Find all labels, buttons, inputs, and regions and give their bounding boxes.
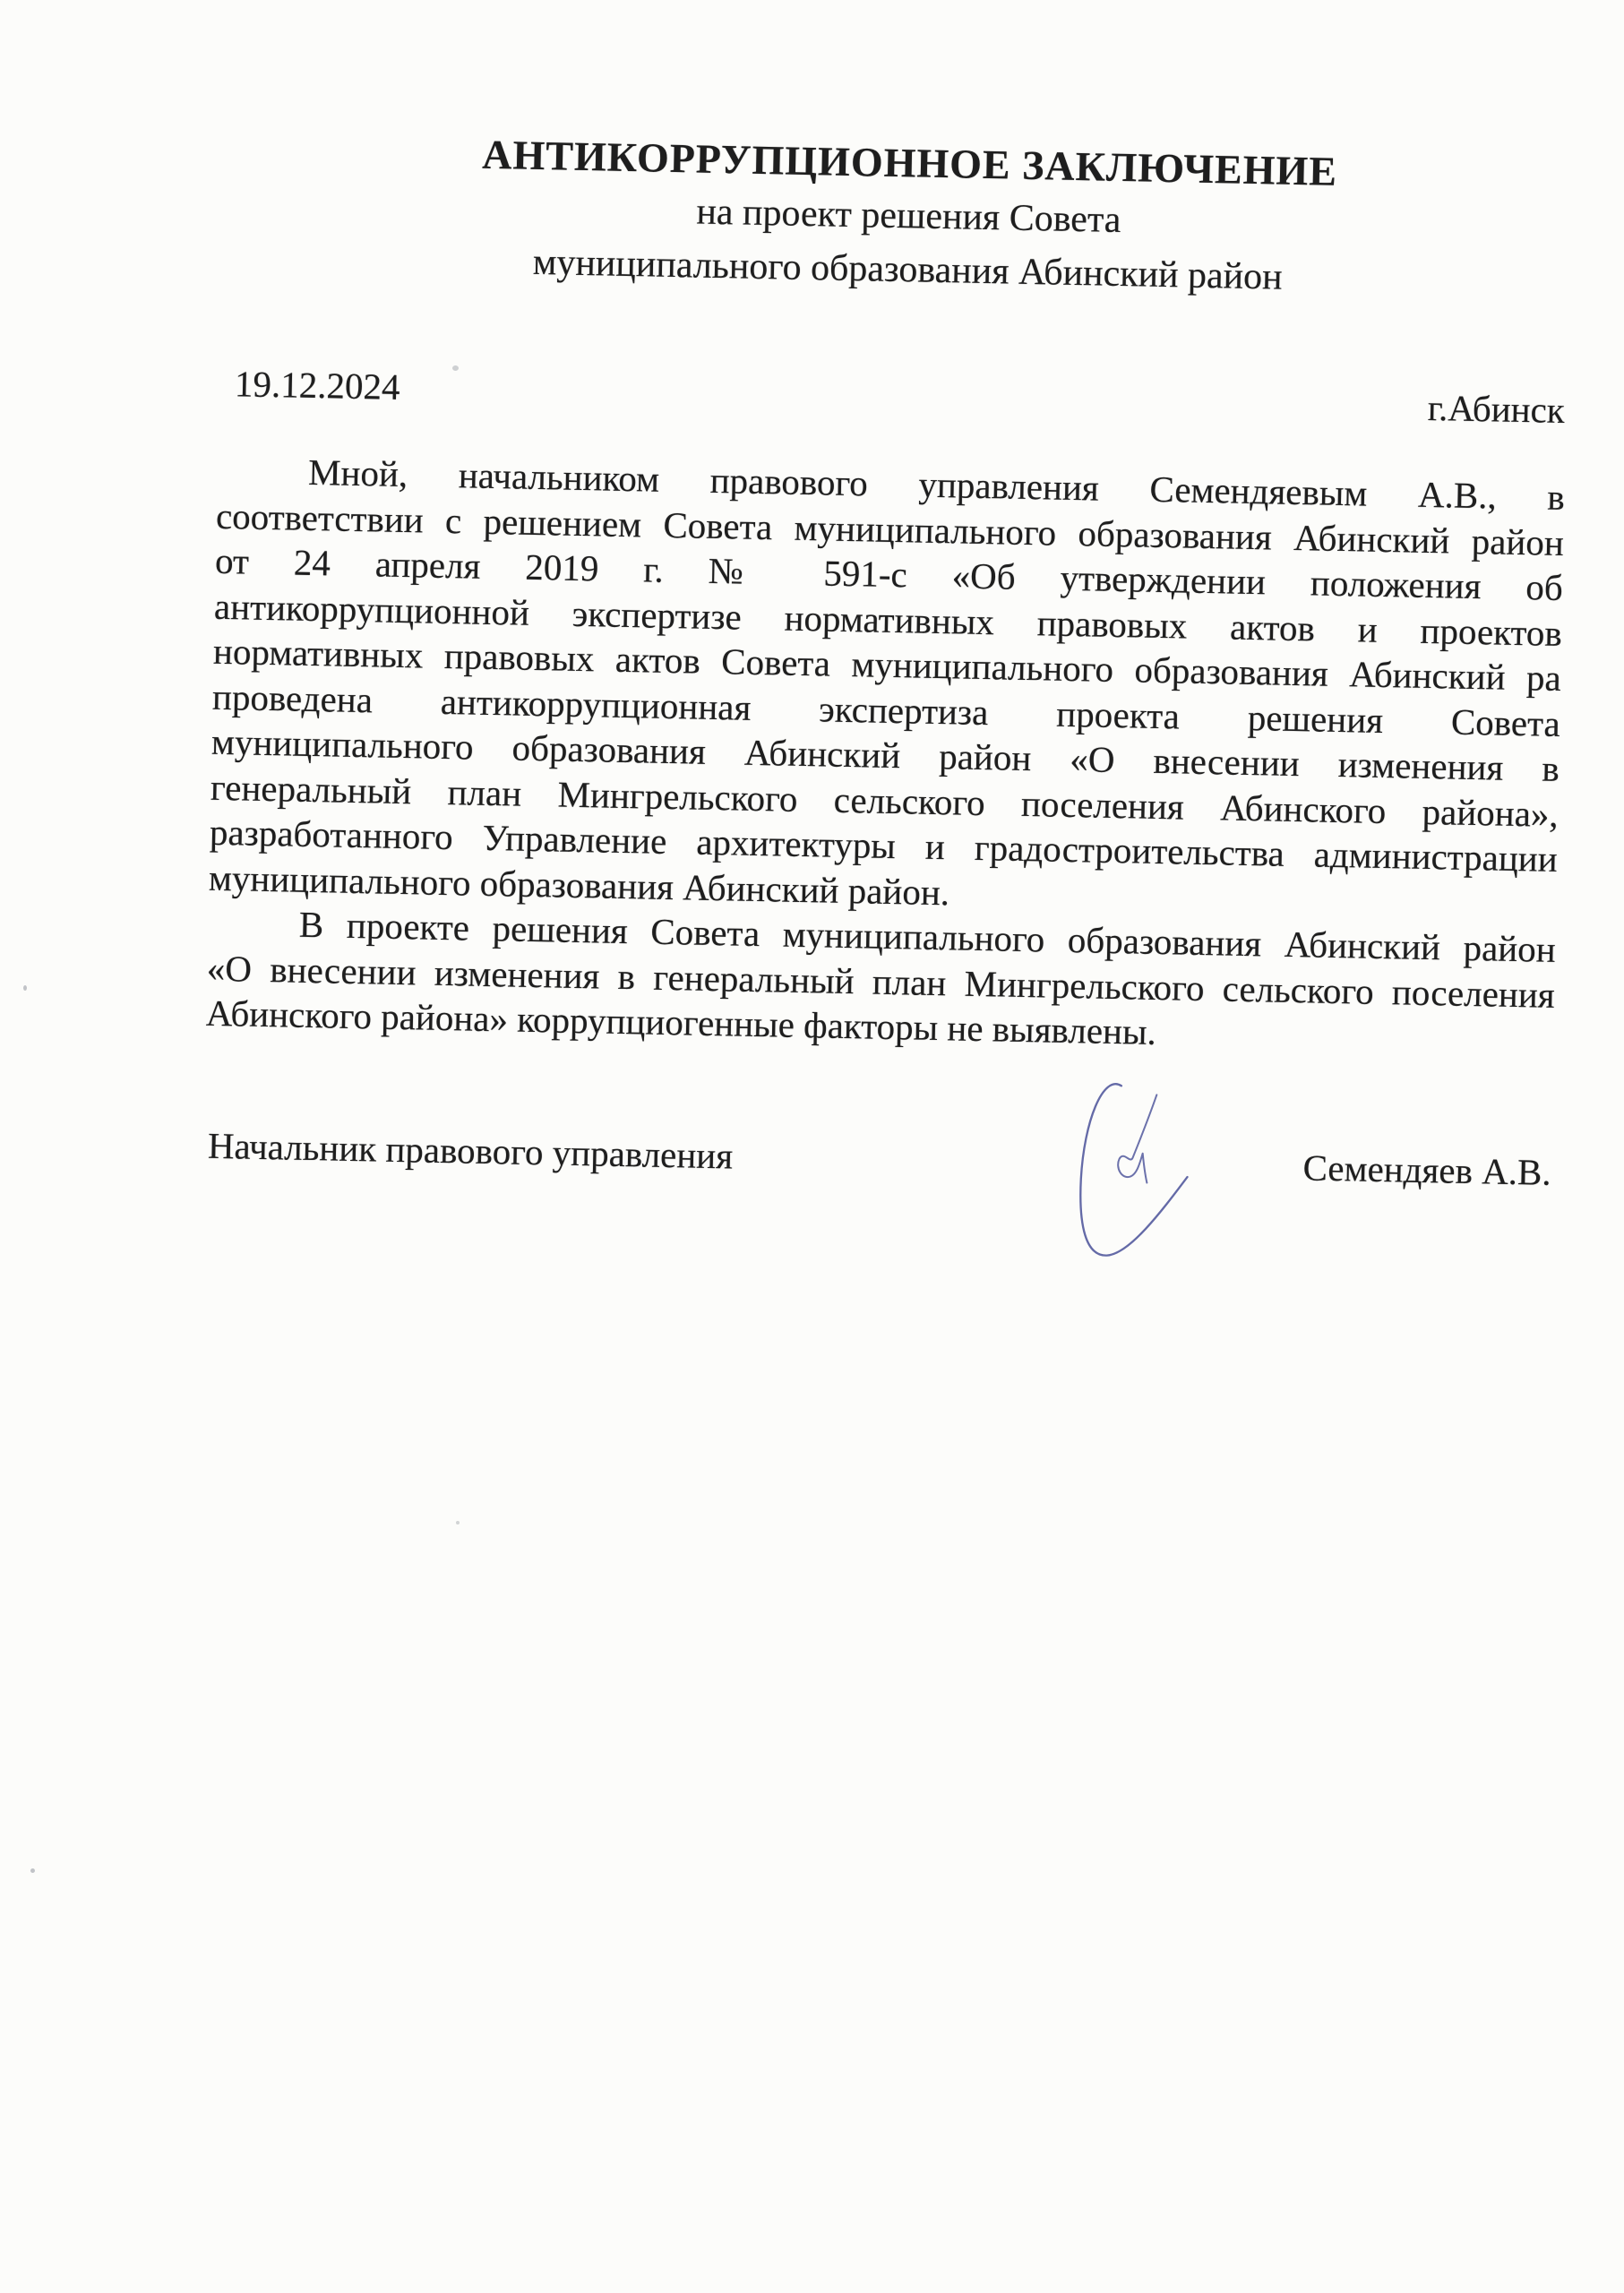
paragraph-2: В проекте решения Совета муниципального … bbox=[205, 900, 1556, 1063]
document-content: АНТИКОРРУПЦИОННОЕ ЗАКЛЮЧЕНИЕ на проект р… bbox=[202, 112, 1571, 1195]
scan-speck bbox=[23, 985, 27, 991]
signature-stroke-tail bbox=[1118, 1094, 1157, 1182]
signer-name: Семендяев А.В. bbox=[1302, 1144, 1551, 1196]
dateline: 19.12.2024 г.Абинск bbox=[219, 361, 1568, 433]
scan-speck bbox=[30, 1868, 35, 1873]
signer-position: Начальник правового управления bbox=[207, 1121, 733, 1179]
document-body: Мной, начальником правового управления С… bbox=[205, 448, 1565, 1063]
document-city: г.Абинск bbox=[1427, 385, 1565, 433]
document-title: АНТИКОРРУПЦИОННОЕ ЗАКЛЮЧЕНИЕ на проект р… bbox=[233, 112, 1585, 311]
handwritten-signature-mark bbox=[1007, 1060, 1244, 1297]
scan-speck bbox=[452, 365, 459, 371]
scanned-document-page: АНТИКОРРУПЦИОННОЕ ЗАКЛЮЧЕНИЕ на проект р… bbox=[0, 0, 1624, 2293]
scan-speck bbox=[456, 1521, 460, 1524]
document-date: 19.12.2024 bbox=[235, 361, 400, 409]
paragraph-1: Мной, начальником правового управления С… bbox=[208, 448, 1565, 927]
signature-block: Начальник правового управления Семендяев… bbox=[202, 1121, 1551, 1195]
signature-stroke-loop bbox=[1079, 1083, 1190, 1257]
